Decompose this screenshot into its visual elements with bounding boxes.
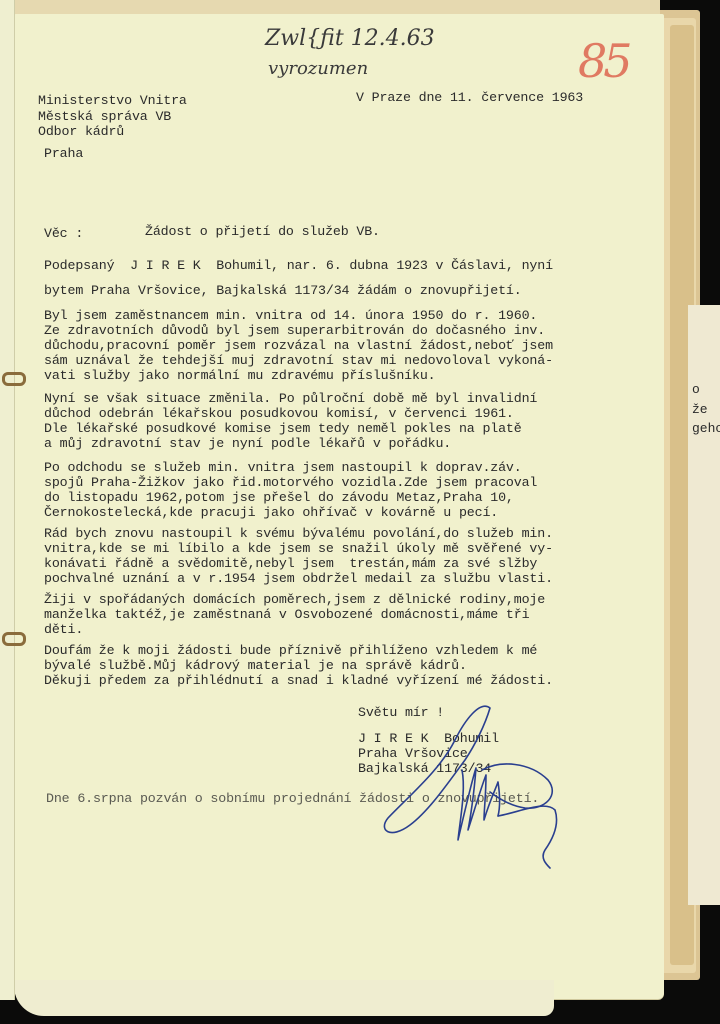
adjacent-page-fragment: geho (692, 421, 720, 437)
handwritten-note-line1: Zwl{ƒit 12.4.63 (265, 26, 435, 51)
sender-line: Městská správa VB (38, 109, 171, 124)
body-line: důchod odebrán lékařskou posudkovou komi… (44, 406, 537, 421)
body-line: bývalé službě.Můj kádrový material je na… (44, 658, 553, 673)
body-line: Po odchodu se služeb min. vnitra jsem na… (44, 460, 537, 475)
body-line: vnitra,kde se mi líbilo a kde jsem se sn… (44, 541, 553, 556)
body-paragraph: Nyní se však situace změnila. Po půlročn… (44, 391, 537, 451)
body-line: Rád bych znovu nastoupil k svému bývalém… (44, 526, 553, 541)
intro-line: bytem Praha Vršovice, Bajkalská 1173/34 … (44, 283, 522, 298)
body-line: Dle lékařské posudkové komise jsem tedy … (44, 421, 537, 436)
body-line: Doufám že k moji žádosti bude příznivě p… (44, 643, 553, 658)
binder-ring-icon (2, 632, 26, 646)
body-line: manželka taktéž,je zaměstnaná v Osvoboze… (44, 607, 545, 622)
body-line: Žiji v spořádaných domácích poměrech,jse… (44, 592, 545, 607)
body-line: vati služby jako normální mu zdravému př… (44, 368, 553, 383)
body-line: pochvalné uznání a v r.1954 jsem obdržel… (44, 571, 553, 586)
body-paragraph: Rád bych znovu nastoupil k svému bývalém… (44, 526, 553, 586)
subject: Žádost o přijetí do služeb VB. (145, 224, 380, 239)
body-line: do listopadu 1962,potom jse přešel do zá… (44, 490, 537, 505)
sender-line: Ministerstvo Vnitra (38, 93, 187, 108)
body-line: sám uznával že tehdejší muj zdravotní st… (44, 353, 553, 368)
body-line: Byl jsem zaměstnancem min. vnitra od 14.… (44, 308, 553, 323)
sender-city: Praha (44, 146, 83, 161)
body-line: Černokostelecká,kde pracuji jako ohřívač… (44, 505, 537, 520)
body-paragraph: Po odchodu se služeb min. vnitra jsem na… (44, 460, 537, 520)
body-line: konávati řádně a svědomitě,nebyl jsem tr… (44, 556, 553, 571)
body-line: děti. (44, 622, 545, 637)
binder-ring-icon (2, 372, 26, 386)
body-line: a můj zdravotní stav je nyní podle lékař… (44, 436, 537, 451)
binder-left-strip (0, 0, 15, 1000)
body-line: Nyní se však situace změnila. Po půlročn… (44, 391, 537, 406)
body-line: Děkuji předem za přihlédnutí a snad i kl… (44, 673, 553, 688)
adjacent-page-fragment: že (692, 402, 708, 418)
body-line: důchodu,pracovní poměr jsem rozvázal na … (44, 338, 553, 353)
handwritten-note-line2: vyrozumen (268, 58, 368, 79)
place-date: V Praze dne 11. července 1963 (356, 90, 583, 105)
folio-number: 85 (578, 34, 629, 88)
intro-line: Podepsaný J I R E K Bohumil, nar. 6. dub… (44, 258, 553, 273)
body-paragraph: Doufám že k moji žádosti bude příznivě p… (44, 643, 553, 688)
subject-label: Věc : (44, 226, 83, 241)
body-line: spojů Praha-Žižkov jako řid.motorvého vo… (44, 475, 537, 490)
adjacent-page-fragment: o (692, 382, 700, 398)
page-bottom-edge (14, 980, 554, 1016)
body-line: Ze zdravotních důvodů byl jsem superarbi… (44, 323, 553, 338)
body-paragraph: Byl jsem zaměstnancem min. vnitra od 14.… (44, 308, 553, 383)
body-paragraph: Žiji v spořádaných domácích poměrech,jse… (44, 592, 545, 637)
sender-line: Odbor kádrů (38, 124, 124, 139)
handwritten-signature-icon (370, 700, 590, 870)
